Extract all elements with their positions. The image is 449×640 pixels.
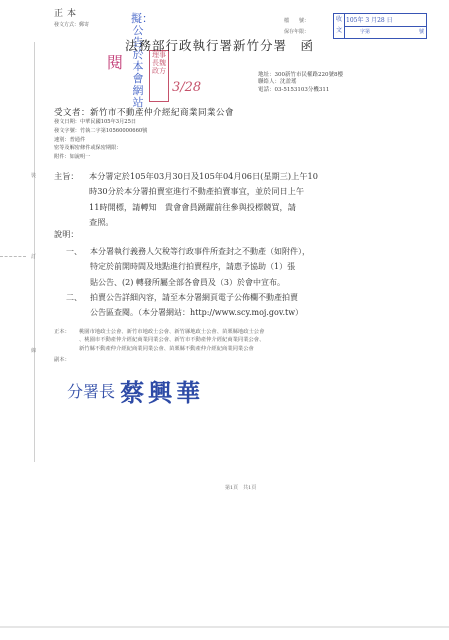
signature-name: 蔡興華 — [120, 378, 204, 407]
signature-stamp: 分署長 蔡興華 — [67, 373, 204, 408]
margin-mark-staple: 訂 — [31, 253, 36, 260]
file-number-label: 檔 號： — [284, 17, 309, 24]
receipt-stamp-label: 收文 — [334, 14, 345, 38]
subject-label: 主旨： — [54, 169, 79, 184]
page-bottom-edge — [0, 626, 449, 628]
binding-margin-line — [34, 42, 35, 462]
binding-dash — [0, 256, 26, 257]
contact-person: 聯絡人：沈盈瑤 — [258, 79, 343, 86]
margin-mark-line: 線 — [31, 347, 36, 354]
margin-mark-bind: 裝 — [31, 172, 36, 179]
receipt-number-row: 字第 號 — [346, 28, 424, 35]
document-title: 法務部行政執行署新竹分署 函 — [125, 36, 314, 54]
receipt-stamp: 收文 105年 3 月28 日 字第 號 — [333, 13, 427, 39]
handwritten-date: 3/28 — [172, 80, 201, 95]
signature-role: 分署長 — [67, 382, 115, 401]
document-info: 發文日期：中華民國105年3月25日 發文字號：竹執二字第10560000660… — [54, 118, 147, 162]
approval-note-stamp: 擬：公告於本會網站 — [131, 13, 145, 109]
page-number: 第1頁 共1頁 — [225, 484, 256, 491]
delivery-speed: 速別：普通件 — [54, 136, 147, 145]
contact-block: 地址：300新竹市民權路220號8樓 聯絡人：沈盈瑤 電話：03-5153103… — [258, 72, 343, 94]
document-number: 發文字號：竹執二字第10560000660號 — [54, 127, 147, 136]
recipient: 受文者：新竹市不動產仲介經紀商業同業公會 — [54, 106, 234, 118]
confidentiality: 密等及解密條件或保密期限： — [54, 144, 147, 153]
send-method: 發文方式：郵寄 — [54, 21, 89, 28]
distribution-copy: 副本： — [54, 355, 70, 363]
issue-date: 發文日期：中華民國105年3月25日 — [54, 118, 147, 127]
copy-type-label: 正本 — [54, 6, 80, 19]
website-link[interactable]: 公告區查閱。（本分署網站：http://www.scy.moj.gov.tw） — [90, 305, 303, 320]
attachment: 附件：如說明一 — [54, 153, 147, 162]
explanation-label: 說明： — [54, 229, 79, 240]
retention-label: 保存年限： — [284, 28, 309, 35]
phone: 電話：03-5153103分機311 — [258, 87, 343, 94]
chairman-seal-stamp: 理事長魏政方 — [149, 50, 169, 102]
subject-text: 本分署定於105年03月30日及105年04月06日(星期三)上午10 時30分… — [89, 169, 318, 230]
read-mark-stamp: 閱 — [107, 50, 123, 73]
receipt-date: 105年 3 月28 日 — [346, 15, 393, 24]
